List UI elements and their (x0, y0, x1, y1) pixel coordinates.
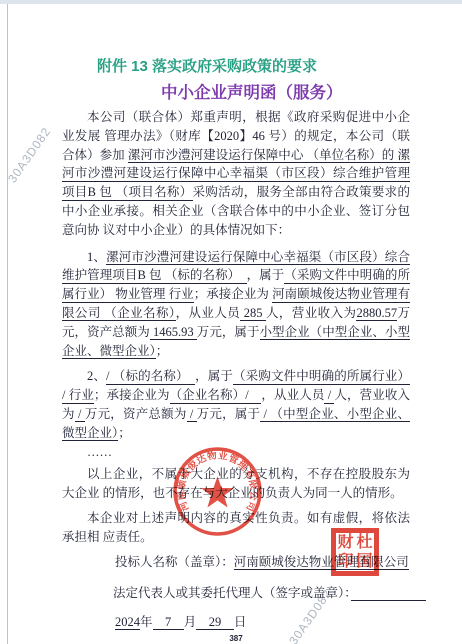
page-top-border (0, 0, 462, 4)
declaration-title: 中小企业声明函（服务） (161, 82, 410, 104)
date-line: 2024年 7 月 29 日 (62, 613, 410, 632)
item-1-paragraph: 1、漯河市沙澧河建设运行保障中心幸福渠（市区段）综合维护管理项目B 包 （标的名… (62, 248, 410, 361)
bidder-name-line: 投标人名称（盖章）：河南颐城俊达物业管理有限公司 (62, 553, 410, 572)
document-page: 30A3D082 30A3D082 附件 13 落实政府采购政策的要求 中小企业… (0, 0, 462, 644)
page-number: 387 (62, 634, 410, 643)
legal-representative-line: 法定代表人或其委托代理人（签字或盖章）： (62, 584, 410, 603)
document-content: 附件 13 落实政府采购政策的要求 中小企业声明函（服务） 本公司（联合体）郑重… (62, 48, 410, 643)
ellipsis-line: …… (62, 443, 410, 462)
attachment-heading: 附件 13 落实政府采购政策的要求 (97, 57, 410, 77)
no-large-enterprise-paragraph: 以上企业，不属于大企业的分支机构，不存在控股股东为大企业 的情形，也不存在与大企… (62, 465, 410, 503)
truthfulness-paragraph: 本企业对上述声明内容的真实性负责。如有虚假，将依法承担相 应责任。 (62, 509, 410, 547)
watermark-top-left: 30A3D082 (5, 124, 54, 185)
item-2-paragraph: 2、/ （标的名称） ，属于（采购文件中明确的所属行业） / 行业；承接企业为（… (62, 367, 410, 442)
page-left-border (7, 4, 8, 644)
declaration-intro-paragraph: 本公司（联合体）郑重声明，根据《政府采购促进中小企业发展 管理办法》（财库【20… (62, 108, 410, 240)
